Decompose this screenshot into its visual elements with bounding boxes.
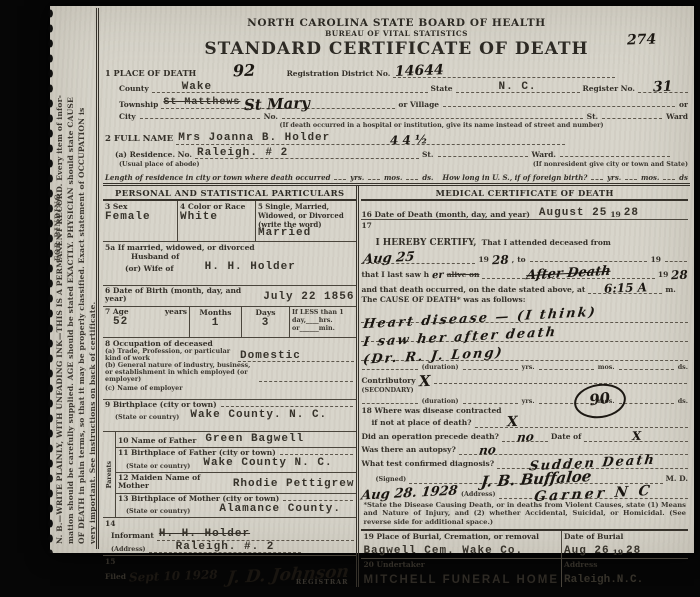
- to-label: to: [517, 256, 525, 264]
- secondary-label: (SECONDARY): [361, 386, 688, 394]
- mother-value: Rhodie Pettigrew: [233, 478, 355, 490]
- certificate-form: NORTH CAROLINA STATE BOARD OF HEALTH BUR…: [96, 8, 690, 549]
- village-label: or Village: [398, 101, 439, 109]
- medical-column: MEDICAL CERTIFICATE OF DEATH 16 Date of …: [359, 186, 690, 587]
- burial-date-label: Date of Burial: [564, 532, 686, 541]
- operation-date-hw: X: [631, 430, 641, 444]
- mother-bp-sub: (State or country): [126, 508, 190, 515]
- full-name-annotation-hw: 4 4 ½: [390, 133, 428, 148]
- months-label: Months: [192, 308, 239, 317]
- district-label: Registration District No.: [287, 70, 391, 78]
- form-header: NORTH CAROLINA STATE BOARD OF HEALTH BUR…: [103, 8, 690, 59]
- us-ds: ds: [679, 174, 688, 182]
- duration1-label: (duration): [422, 364, 459, 371]
- abode-note: (Usual place of abode): [119, 161, 200, 168]
- page-number-stamp: 274: [626, 31, 656, 48]
- parents-vertical-label: Parents: [105, 461, 113, 488]
- burial-date-value: Aug 26: [564, 545, 610, 557]
- certify-num: 17: [361, 220, 688, 230]
- informant-value: H. H. Holder: [159, 528, 250, 540]
- marital-label: 5 Single, Married, Widowed, or Divorced …: [258, 202, 354, 229]
- q18-hw: X: [506, 415, 517, 431]
- hospital-note: (If death occurred in a hospital or inst…: [105, 121, 688, 129]
- md-label: M. D.: [666, 475, 688, 483]
- spouse-sub2: (or) Wife of: [125, 265, 174, 273]
- spouse-label: 5a If married, widowed, or divorced: [105, 243, 354, 252]
- register-label: Register No.: [583, 85, 635, 93]
- burial-year: 28: [626, 545, 641, 557]
- form-title: STANDARD CERTIFICATE OF DEATH: [103, 39, 690, 59]
- state-label: State: [431, 85, 453, 93]
- test-row: What test confirmed diagnosis? Sudden De…: [361, 455, 688, 469]
- county-label: County: [119, 85, 149, 93]
- township-hw: St Mary: [244, 95, 310, 114]
- father-row: 10 Name of Father Green Bagwell: [116, 432, 356, 448]
- certify-line1: I HEREBY CERTIFY, That I attended deceas…: [361, 230, 688, 249]
- personal-column: PERSONAL AND STATISTICAL PARTICULARS 3 S…: [103, 186, 359, 587]
- sex-race-marital-row: 3 Sex Female 4 Color or Race White 5 Sin…: [103, 201, 356, 242]
- margin-line-1: N. B.—WRITE PLAINLY, WITH UNFADING INK—T…: [54, 22, 65, 544]
- bureau-name: BUREAU OF VITAL STATISTICS: [103, 29, 690, 38]
- months-value: 1: [192, 317, 239, 329]
- house-no-label: No.: [264, 113, 278, 121]
- burial-label: 19 Place of Burial, Cremation, or remova…: [363, 532, 559, 541]
- to-year-pre: 19: [651, 256, 661, 264]
- parents-block: Parents 10 Name of Father Green Bagwell …: [103, 432, 356, 519]
- informant-label: Informant: [111, 532, 154, 540]
- dur1-yrs: yrs.: [522, 364, 535, 371]
- mother-row: 12 Maiden Name of Mother Rhodie Pettigre…: [116, 473, 356, 494]
- autopsy-label: Was there an autopsy?: [361, 446, 455, 454]
- from-year-hw: 28: [492, 253, 509, 267]
- board-name: NORTH CAROLINA STATE BOARD OF HEALTH: [103, 17, 690, 29]
- occupation-row: 8 Occupation of deceased (a) Trade, Prof…: [103, 338, 356, 400]
- informant-num: 14: [105, 519, 354, 528]
- district-row: 1 PLACE OF DEATH 92 Registration Distric…: [105, 61, 688, 78]
- township-label: Township: [119, 101, 158, 109]
- length-mos: mos.: [384, 174, 402, 182]
- date-of-death-row: 16 Date of Death (month, day, and year) …: [361, 201, 688, 220]
- margin-instructions: N. B.—WRITE PLAINLY, WITH UNFADING INK—T…: [54, 22, 98, 544]
- personal-title: PERSONAL AND STATISTICAL PARTICULARS: [103, 186, 356, 201]
- length-yrs: yrs.: [350, 174, 364, 182]
- certify-from-row: Aug 25 1928, to 19: [361, 249, 688, 264]
- dur2-ds: ds.: [678, 398, 688, 405]
- full-name-label: 2 FULL NAME: [105, 135, 173, 145]
- mother-bp-value: Alamance County.: [219, 503, 341, 515]
- undertaker-addr-value: Raleigh.N.C.: [564, 574, 686, 586]
- burial-row: 19 Place of Burial, Cremation, or remova…: [361, 529, 688, 558]
- residence-value: Raleigh. # 2: [197, 147, 288, 159]
- dob-value: July 22 1856: [263, 291, 354, 303]
- age-years-label: years: [165, 308, 187, 316]
- residence-st-label: St.: [422, 151, 434, 159]
- marital-value: Married: [258, 227, 354, 239]
- mother-birthplace-row: 13 Birthplace of Mother (city or town) (…: [116, 494, 356, 518]
- township-row: Township St Matthews St Mary or Village …: [105, 93, 688, 109]
- medical-title: MEDICAL CERTIFICATE OF DEATH: [361, 186, 688, 201]
- certify-rest: That I attended deceased from: [482, 238, 611, 247]
- spouse-sub1: Husband of: [131, 252, 354, 261]
- signed-row: (Signed) J. B. Buffaloe M. D.: [361, 469, 688, 484]
- mother-label: 12 Maiden Name of Mother: [118, 474, 226, 491]
- us-yrs: yrs.: [607, 174, 621, 182]
- margin-line-2: mation should be carefully supplied. AGE…: [65, 22, 76, 544]
- alive-year-pre: 19: [658, 271, 668, 279]
- sex-label: 3 Sex: [105, 202, 175, 211]
- less-than-day-label: If LESS than 1 day,____hrs. or______min.: [292, 308, 354, 332]
- occurred-label: and that death occurred, on the date sta…: [361, 286, 585, 294]
- race-label: 4 Color or Race: [180, 202, 253, 211]
- time-m-label: m.: [665, 286, 676, 294]
- state-value: N. C.: [499, 81, 537, 93]
- age-row: 7 Ageyears 52 Months 1 Days 3 If LESS: [103, 307, 356, 338]
- full-name-row: 2 FULL NAME Mrs Joanna B. Holder 4 4 ½: [105, 129, 688, 145]
- us-mos: mos.: [641, 174, 659, 182]
- burial-year-pre: 19: [613, 549, 623, 557]
- dod-label: 16 Date of Death (month, day, and year): [361, 211, 529, 219]
- certificate-paper: FOR BINDING N. B.—WRITE PLAINLY, WITH UN…: [50, 6, 694, 553]
- informant-addr-value: Raleigh. #. 2: [176, 541, 275, 553]
- sign-addr-label: (Address): [461, 491, 496, 498]
- ward-label: Ward: [666, 113, 688, 121]
- length-of-residence-row: Length of residence in city or town wher…: [105, 168, 688, 182]
- lastsaw-hw-suffix: er: [432, 270, 444, 282]
- dur1-mos: mos.: [598, 364, 615, 371]
- q18-line1: 18 Where was disease contracted: [361, 406, 688, 415]
- father-bp-sub: (State or country): [126, 463, 190, 470]
- duration2-label: (duration): [422, 398, 459, 405]
- district-hw: 92: [233, 62, 256, 81]
- dur2-yrs: yrs.: [522, 398, 535, 405]
- informant-addr-label: (Address): [111, 546, 146, 553]
- sex-value: Female: [105, 211, 175, 223]
- filed-row: 15 Filed Sept 10 1928 J. D. Johnson REGI…: [103, 556, 356, 587]
- undertaker-addr-label: Address: [564, 560, 686, 569]
- residence-ward-label: Ward.: [532, 151, 556, 159]
- cause-footnote: *State the Disease Causing Death, or in …: [361, 499, 688, 529]
- contributory-label: Contributory: [361, 377, 415, 385]
- city-row: City No. St. Ward: [105, 109, 688, 121]
- birthplace-value: Wake County. N. C.: [190, 409, 327, 421]
- race-value: White: [180, 211, 253, 223]
- dob-label: 6 Date of Birth (month, day, and year): [105, 287, 260, 304]
- signed-label: (Signed): [375, 476, 406, 483]
- occupation-a-label: (a) Trade, Profession, or particular kin…: [105, 348, 235, 362]
- filed-date-hw: Sept 10 1928: [129, 568, 218, 585]
- village-tail: or: [679, 101, 688, 109]
- time-hw: 6:15 A: [604, 281, 647, 296]
- length-label: Length of residence in city or town wher…: [105, 174, 330, 182]
- from-year-pre: 19: [478, 256, 488, 264]
- dob-row: 6 Date of Birth (month, day, and year) J…: [103, 286, 356, 307]
- scanned-death-certificate: FOR BINDING N. B.—WRITE PLAINLY, WITH UN…: [0, 0, 700, 597]
- undertaker-row: 20 Undertaker MITCHELL FUNERAL HOME Addr…: [361, 558, 688, 587]
- township-typed-struck: St Matthews: [163, 97, 240, 108]
- q18-line2: if not at place of death?: [371, 419, 471, 427]
- length-ds: ds.: [422, 174, 433, 182]
- operation-label: Did an operation precede death?: [361, 433, 498, 441]
- certify-bold: I HEREBY CERTIFY,: [375, 238, 476, 248]
- birthplace-label: 9 Birthplace (city or town): [105, 401, 217, 409]
- operation-row: Did an operation precede death? no Date …: [361, 428, 688, 442]
- contributory-hw: X: [418, 373, 430, 390]
- contributory-row: Contributory X: [361, 372, 688, 386]
- operation-hw: no: [516, 431, 534, 445]
- father-value: Green Bagwell: [205, 433, 304, 445]
- alive-on-label: alive on: [447, 271, 480, 279]
- age-label: 7 Age: [105, 308, 129, 316]
- filed-label: Filed: [105, 573, 126, 581]
- birthplace-sub: (State or country): [115, 414, 179, 421]
- spouse-row: 5a If married, widowed, or divorced Husb…: [103, 242, 356, 286]
- dod-year-pre: 19: [610, 211, 620, 219]
- city-label: City: [119, 113, 136, 121]
- place-section-label: 1 PLACE OF DEATH: [105, 69, 196, 78]
- father-birthplace-row: 11 Birthplace of Father (city or town) (…: [116, 448, 356, 473]
- cause-label: The CAUSE OF DEATH* was as follows:: [361, 294, 688, 304]
- us-length-label: How long in U. S., if of foreign birth?: [442, 174, 587, 182]
- q18-line2-row: if not at place of death? X: [361, 415, 688, 428]
- registrar-label: REGISTRAR: [296, 578, 349, 586]
- residence-notes-row: (Usual place of abode) (If nonresident g…: [105, 159, 688, 168]
- place-of-death-section: 1 PLACE OF DEATH 92 Registration Distric…: [103, 59, 690, 182]
- autopsy-hw: no: [478, 444, 496, 458]
- mother-bp-label: 13 Birthplace of Mother (city or town): [118, 495, 279, 503]
- father-bp-label: 11 Birthplace of Father (city or town): [118, 449, 276, 457]
- dod-value: August 25: [539, 207, 607, 219]
- duration-row-2: (duration) yrs. mos. ds. 90: [361, 394, 688, 406]
- dod-year: 28: [624, 207, 639, 219]
- days-value: 3: [244, 317, 287, 329]
- birthplace-row: 9 Birthplace (city or town) (State or co…: [103, 400, 356, 432]
- spouse-value: H. H. Holder: [205, 261, 296, 273]
- undertaker-stamp: MITCHELL FUNERAL HOME: [363, 574, 559, 586]
- district-no-hw: 14644: [395, 63, 444, 80]
- burial-value: Bagwell Cem. Wake Co.: [363, 545, 559, 557]
- test-label: What test confirmed diagnosis?: [361, 460, 494, 468]
- nonresident-note: (If nonresident give city or town and St…: [533, 161, 688, 168]
- residence-label: (a) Residence. No.: [115, 151, 192, 159]
- informant-row: 14 Informant H. H. Holder (Address) Rale…: [103, 518, 356, 556]
- father-label: 10 Name of Father: [118, 437, 196, 445]
- occupation-c-label: (c) Name of employer: [105, 384, 354, 392]
- days-label: Days: [244, 308, 287, 317]
- register-hw: 31: [653, 80, 673, 96]
- last-saw-row: that I last saw her alive on After Death…: [361, 264, 688, 279]
- margin-line-3: OF DEATH in plain terms, so that it may …: [76, 22, 87, 544]
- father-bp-value: Wake County N. C.: [203, 457, 332, 469]
- full-name-value: Mrs Joanna B. Holder: [178, 132, 330, 144]
- columns: PERSONAL AND STATISTICAL PARTICULARS 3 S…: [103, 183, 690, 587]
- operation-date-label: Date of: [551, 433, 581, 441]
- county-value: Wake: [182, 81, 212, 93]
- lastsaw-label: that I last saw h: [361, 271, 429, 279]
- undertaker-label: 20 Undertaker: [363, 560, 559, 569]
- dur1-ds: ds.: [678, 364, 688, 371]
- age-value: 52: [113, 316, 187, 328]
- alive-year-hw: 28: [671, 268, 688, 282]
- occupation-b-label: (b) General nature of industry, business…: [105, 362, 255, 384]
- street-label: St.: [587, 113, 599, 121]
